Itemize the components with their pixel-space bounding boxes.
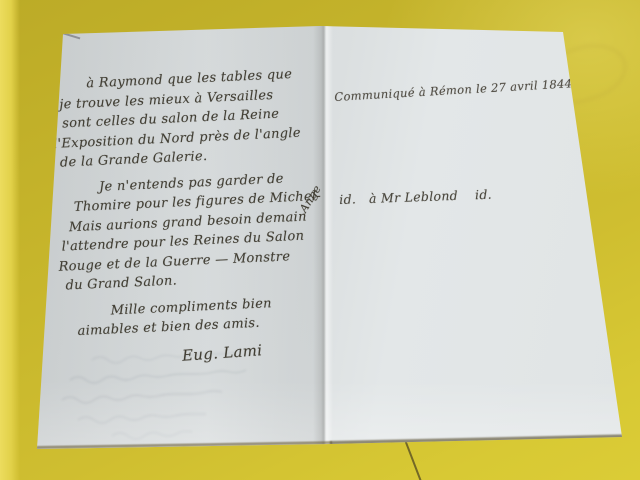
background-left-strip [0,0,20,480]
archival-annotation-date: Communiqué à Rémon le 27 avril 1844 [334,76,573,104]
letter-photograph: à Raymond que les tables que je trouve l… [0,0,640,480]
letter-sheet: à Raymond que les tables que je trouve l… [0,0,640,480]
archival-annotation-recipient: id. à Mr Leblond id. [339,187,492,207]
background-thread-line [404,439,422,480]
